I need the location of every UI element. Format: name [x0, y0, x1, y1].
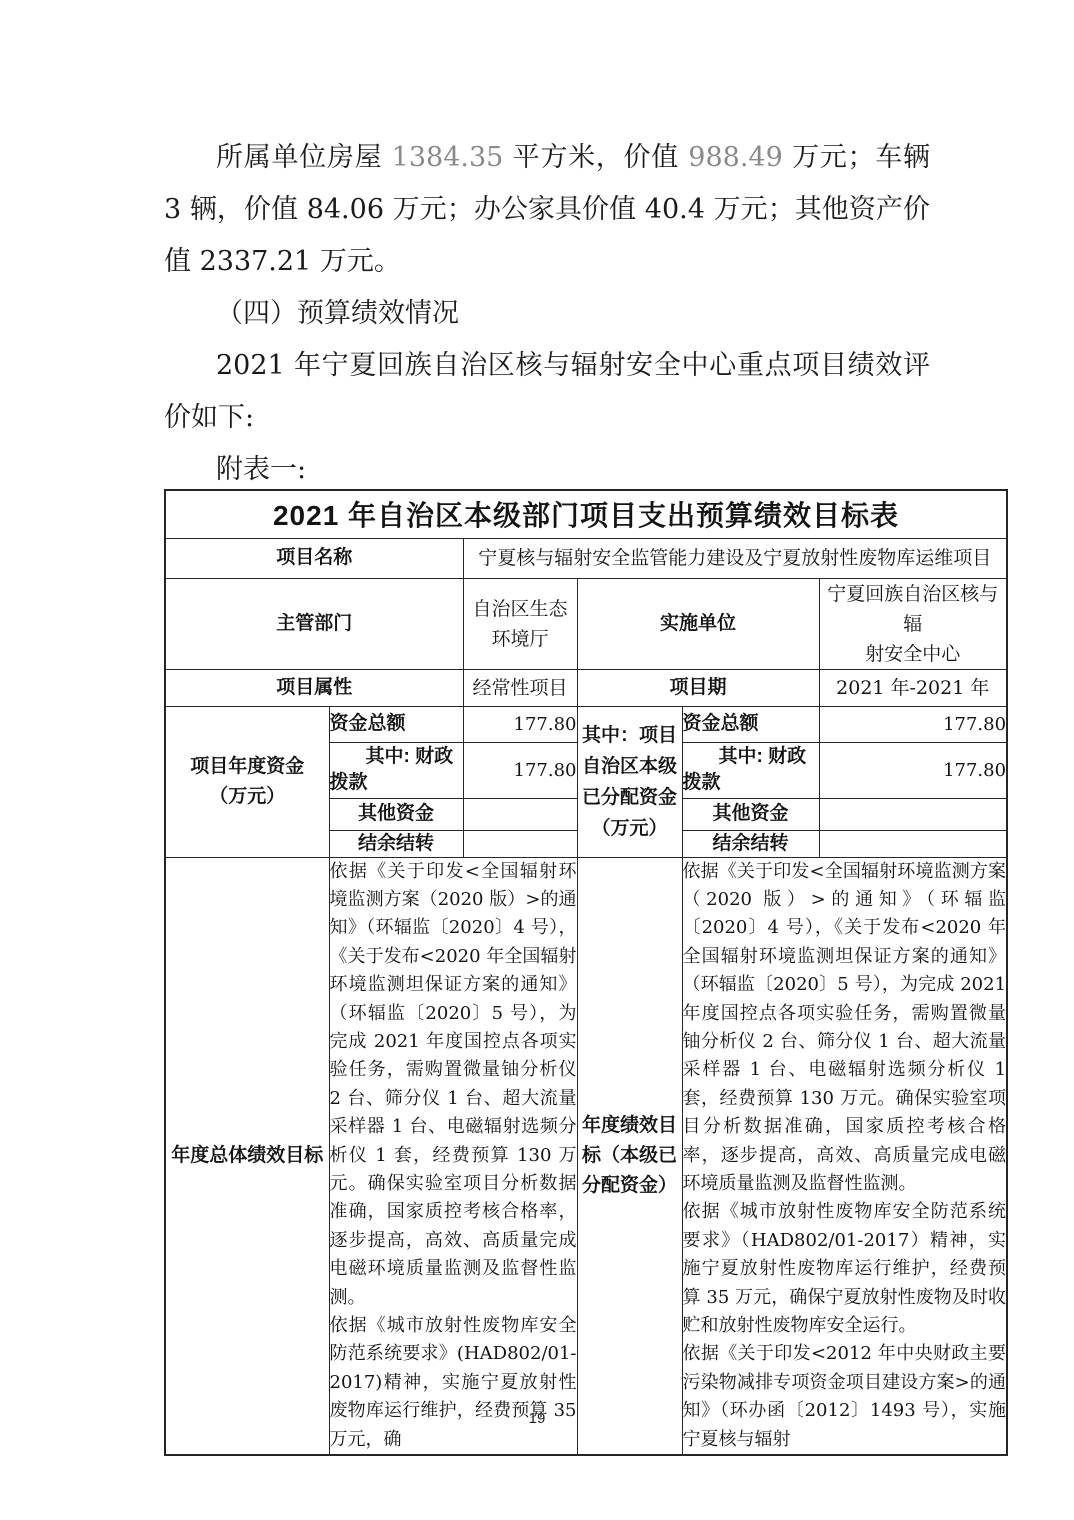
fund-fiscal-label-left: 其中: 财政 拨款 [329, 742, 463, 798]
fund-other-label-right: 其他资金 [682, 798, 819, 830]
attr-label: 项目属性 [165, 669, 463, 706]
fund-carryover-value-left [463, 830, 577, 857]
impl-unit-value: 宁夏回族自治区核与辐 射安全中心 [819, 578, 1007, 669]
section-heading: （四）预算绩效情况 [164, 288, 930, 340]
assets-area-number: 1384.35 [392, 142, 504, 173]
attribute-row: 项目属性 经常性项目 项目期 2021 年-2021 年 [165, 669, 1007, 706]
impl-unit-label: 实施单位 [577, 578, 819, 669]
fund-total-value-right: 177.80 [819, 706, 1007, 742]
fund-other-value-left [463, 798, 577, 830]
project-name-value: 宁夏核与辐射安全监管能力建设及宁夏放射性废物库运维项目 [463, 538, 1007, 578]
paragraph-evaluation-intro: 2021 年宁夏回族自治区核与辐射安全中心重点项目绩效评价如下: [164, 340, 930, 444]
performance-target-table: 2021 年自治区本级部门项目支出预算绩效目标表 项目名称 宁夏核与辐射安全监管… [164, 489, 1008, 1456]
fund-total-value-left: 177.80 [463, 706, 577, 742]
fund-total-label-right: 资金总额 [682, 706, 819, 742]
fund-fiscal-value-left: 177.80 [463, 742, 577, 798]
department-row: 主管部门 自治区生态 环境厅 实施单位 宁夏回族自治区核与辐 射安全中心 [165, 578, 1007, 669]
period-label: 项目期 [577, 669, 819, 706]
overall-goal-text: 依据《关于印发<全国辐射环境监测方案（2020 版）>的通知》（环辐监〔2020… [329, 857, 577, 1455]
project-name-row: 项目名称 宁夏核与辐射安全监管能力建设及宁夏放射性废物库运维项目 [165, 538, 1007, 578]
table-title-row: 2021 年自治区本级部门项目支出预算绩效目标表 [165, 490, 1007, 538]
fund-carryover-value-right [819, 830, 1007, 857]
project-name-label: 项目名称 [165, 538, 463, 578]
assets-seg1: 所属单位房屋 [216, 142, 392, 173]
fund-fiscal-label-right: 其中: 财政 拨款 [682, 742, 819, 798]
dept-label: 主管部门 [165, 578, 463, 669]
body-text: 所属单位房屋 1384.35 平方米，价值 988.49 万元；车辆 3 辆，价… [164, 132, 930, 496]
fund-other-label-left: 其他资金 [329, 798, 463, 830]
fund-row-total: 项目年度资金 （万元） 资金总额 177.80 其中：项目 自治区本级 已分配资… [165, 706, 1007, 742]
annual-goal-label: 年度绩效目 标（本级已 分配资金） [577, 857, 682, 1455]
fund-total-label-left: 资金总额 [329, 706, 463, 742]
assets-value-number: 988.49 [688, 142, 782, 173]
fund-fiscal-value-right: 177.80 [819, 742, 1007, 798]
annual-fund-label: 项目年度资金 （万元） [165, 706, 329, 857]
annual-goal-text: 依据《关于印发<全国辐射环境监测方案（2020 版）>的通知》（环辐监〔2020… [682, 857, 1007, 1455]
page-number: 19 [0, 1410, 1074, 1427]
goal-row: 年度总体绩效目标 依据《关于印发<全国辐射环境监测方案（2020 版）>的通知》… [165, 857, 1007, 1455]
overall-goal-label: 年度总体绩效目标 [165, 857, 329, 1455]
fund-carryover-label-left: 结余结转 [329, 830, 463, 857]
fund-carryover-label-right: 结余结转 [682, 830, 819, 857]
fund-other-value-right [819, 798, 1007, 830]
attr-value: 经常性项目 [463, 669, 577, 706]
allocated-fund-label: 其中：项目 自治区本级 已分配资金 （万元） [577, 706, 682, 857]
document-page: 所属单位房屋 1384.35 平方米，价值 988.49 万元；车辆 3 辆，价… [0, 0, 1074, 1520]
period-value: 2021 年-2021 年 [819, 669, 1007, 706]
paragraph-assets: 所属单位房屋 1384.35 平方米，价值 988.49 万元；车辆 3 辆，价… [164, 132, 930, 288]
assets-seg2: 平方米，价值 [503, 142, 688, 173]
dept-value: 自治区生态 环境厅 [463, 578, 577, 669]
table-title: 2021 年自治区本级部门项目支出预算绩效目标表 [165, 490, 1007, 538]
